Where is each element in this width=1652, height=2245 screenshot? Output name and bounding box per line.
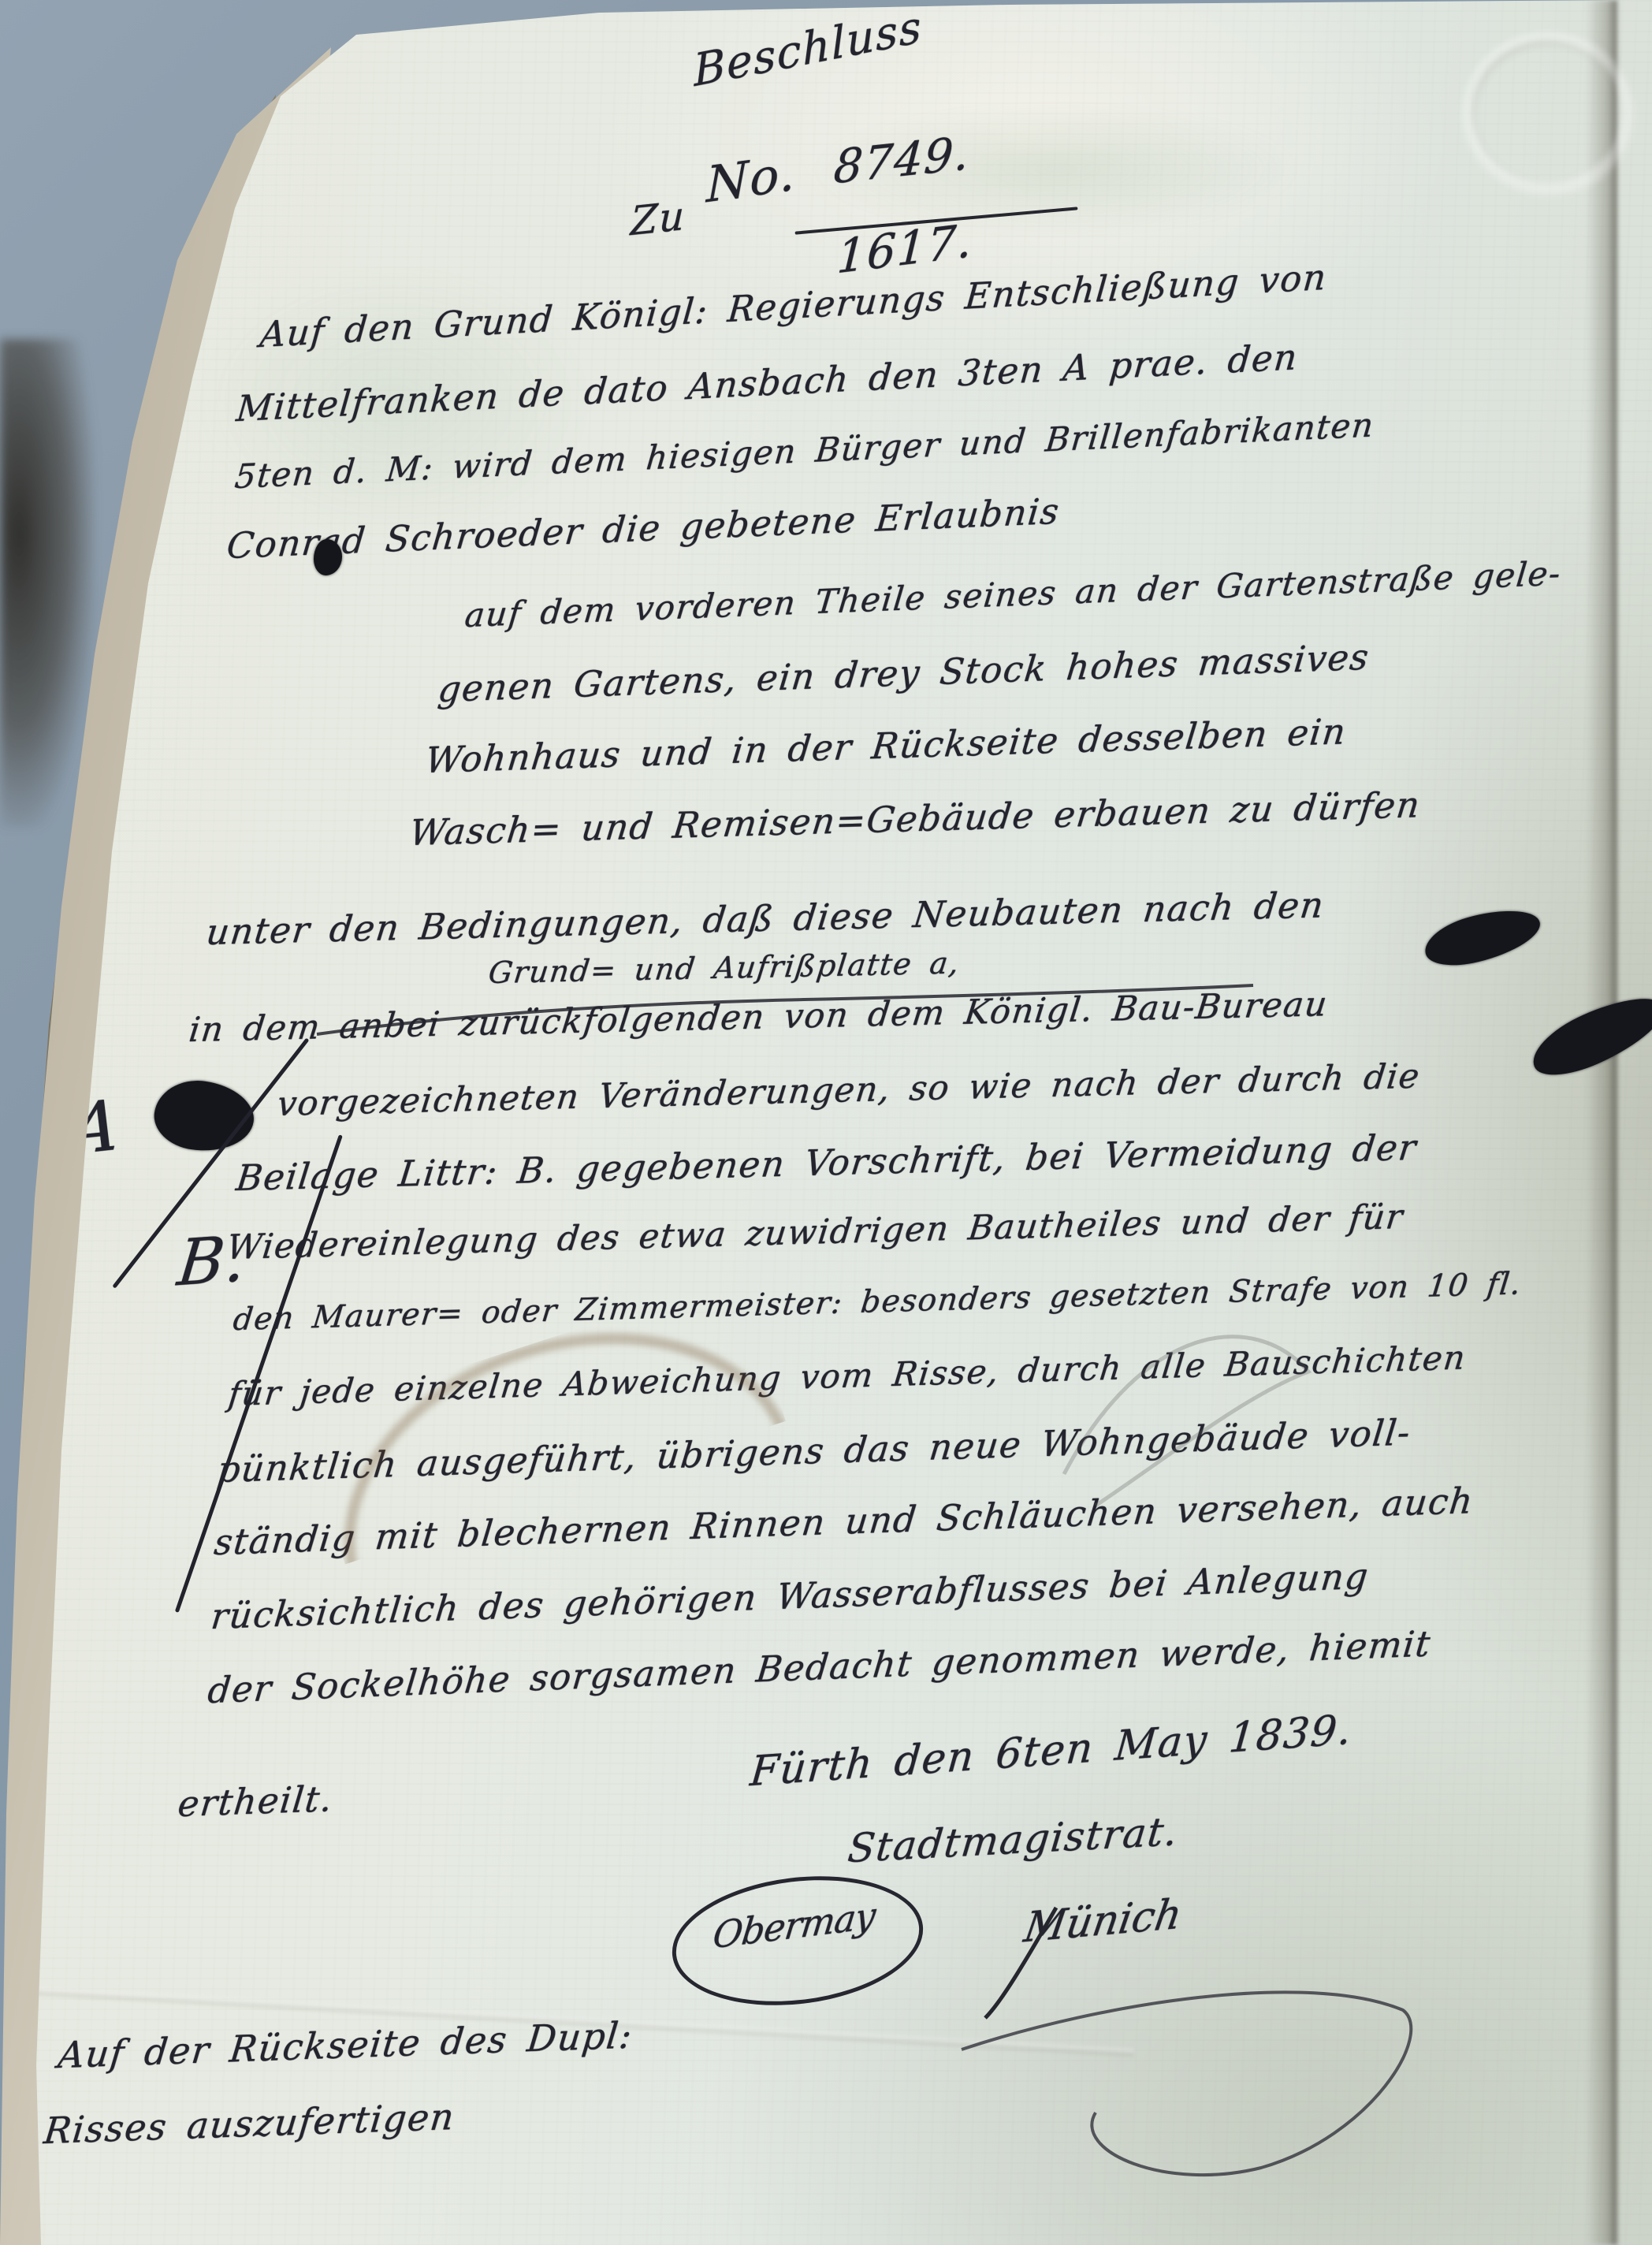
signature-flourish [930, 1876, 1434, 2207]
photo-background: Beschluss Zu No. 8749. 1617. Auf den Gru… [0, 0, 1652, 2245]
case-number-prefix: Zu [630, 192, 686, 244]
body-line: ertheilt. [176, 1778, 335, 1825]
paper-sheet: Beschluss Zu No. 8749. 1617. Auf den Gru… [0, 0, 1652, 2245]
torn-edge-shadow [0, 339, 95, 828]
pencil-ghost-flourish [1048, 1277, 1332, 1513]
margin-mark-b: B. [174, 1221, 251, 1300]
binding-shadow [1586, 0, 1617, 2245]
embossed-seal-mark [1463, 32, 1632, 192]
